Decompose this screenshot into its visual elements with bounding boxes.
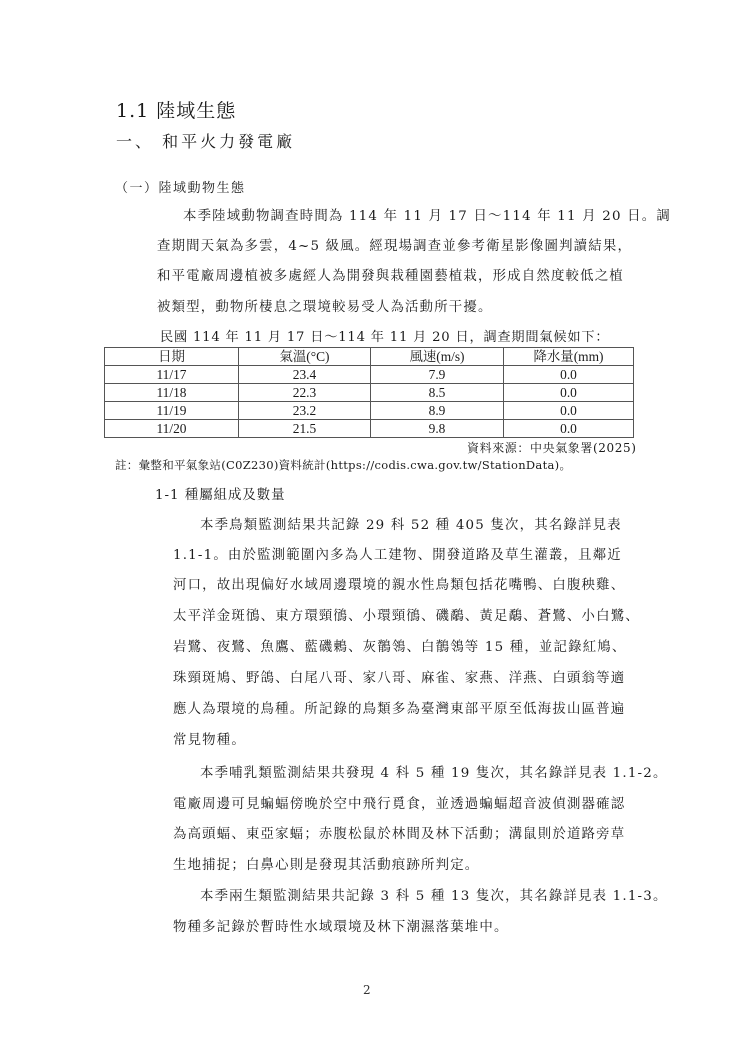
paragraph-line: 本季陸域動物調查時間為 114 年 11 月 17 日～114 年 11 月 2… — [183, 205, 671, 224]
table-row: 11/17 23.4 7.9 0.0 — [105, 366, 634, 384]
subsection-title: 一、 和平火力發電廠 — [116, 129, 295, 152]
paragraph-line: 為高頭蝠、東亞家蝠；赤腹松鼠於林間及林下活動；溝鼠則於道路旁草 — [173, 823, 625, 842]
cell-temperature: 22.3 — [239, 384, 371, 402]
table-row: 11/20 21.5 9.8 0.0 — [105, 420, 634, 438]
paragraph-line: 電廠周邊可見蝙蝠傍晚於空中飛行覓食，並透過蝙蝠超音波偵測器確認 — [173, 793, 625, 812]
page-number: 2 — [363, 983, 371, 997]
paragraph-line: 太平洋金斑鴴、東方環頸鴴、小環頸鴴、磯鷸、黃足鷸、蒼鷺、小白鷺、 — [173, 605, 640, 624]
column-header-date: 日期 — [105, 348, 239, 366]
cell-wind-speed: 8.5 — [371, 384, 504, 402]
cell-precipitation: 0.0 — [504, 402, 634, 420]
cell-temperature: 23.2 — [239, 402, 371, 420]
column-header-precipitation: 降水量(mm) — [504, 348, 634, 366]
column-header-wind-speed: 風速(m/s) — [371, 348, 504, 366]
paragraph-line: 和平電廠周邊植被多處經人為開發與栽種園藝植栽，形成自然度較低之植 — [157, 265, 624, 284]
paragraph-line: 常見物種。 — [173, 729, 246, 748]
cell-wind-speed: 8.9 — [371, 402, 504, 420]
cell-precipitation: 0.0 — [504, 420, 634, 438]
cell-date: 11/18 — [105, 384, 239, 402]
paragraph-line: 查期間天氣為多雲，4~5 級風。經現場調查並參考衛星影像圖判讀結果， — [157, 235, 632, 254]
species-section-title: 1-1 種屬組成及數量 — [155, 484, 286, 503]
paragraph-line: 岩鷺、夜鷺、魚鷹、藍磯鶇、灰鶺鴒、白鶺鴒等 15 種，並記錄紅鳩、 — [173, 636, 626, 655]
paragraph-line: 珠頸斑鳩、野鴿、白尾八哥、家八哥、麻雀、家燕、洋燕、白頭翁等適 — [173, 667, 625, 686]
paragraph-line: 應人為環境的鳥種。所記錄的鳥類多為臺灣東部平原至低海拔山區普遍 — [173, 698, 625, 717]
cell-wind-speed: 7.9 — [371, 366, 504, 384]
section-title: 1.1 陸域生態 — [116, 96, 236, 123]
table-header-row: 日期 氣溫(°C) 風速(m/s) 降水量(mm) — [105, 348, 634, 366]
paragraph-line: 1.1-1。由於監測範圍內多為人工建物、開發道路及草生灌叢，且鄰近 — [173, 544, 622, 563]
subsubsection-title: （一）陸域動物生態 — [115, 177, 246, 196]
cell-precipitation: 0.0 — [504, 384, 634, 402]
table-source: 資料來源：中央氣象署(2025) — [467, 439, 637, 456]
paragraph-line: 生地捕捉；白鼻心則是發現其活動痕跡所判定。 — [173, 854, 479, 873]
cell-date: 11/19 — [105, 402, 239, 420]
cell-date: 11/20 — [105, 420, 239, 438]
paragraph-line: 被類型，動物所棲息之環境較易受人為活動所干擾。 — [157, 296, 493, 315]
table-row: 11/19 23.2 8.9 0.0 — [105, 402, 634, 420]
paragraph-line: 河口，故出現偏好水域周邊環境的親水性鳥類包括花嘴鴨、白腹秧雞、 — [173, 574, 625, 593]
cell-temperature: 21.5 — [239, 420, 371, 438]
paragraph-line: 本季兩生類監測結果共記錄 3 科 5 種 13 隻次，其名錄詳見表 1.1-3。 — [200, 885, 668, 904]
column-header-temperature: 氣溫(°C) — [239, 348, 371, 366]
paragraph-line: 物種多記錄於暫時性水域環境及林下潮濕落葉堆中。 — [173, 916, 509, 935]
cell-precipitation: 0.0 — [504, 366, 634, 384]
cell-wind-speed: 9.8 — [371, 420, 504, 438]
table-note: 註：彙整和平氣象站(C0Z230)資料統計(https://codis.cwa.… — [115, 457, 571, 473]
cell-temperature: 23.4 — [239, 366, 371, 384]
paragraph-line: 本季哺乳類監測結果共發現 4 科 5 種 19 隻次，其名錄詳見表 1.1-2。 — [200, 762, 668, 781]
table-caption: 民國 114 年 11 月 17 日～114 年 11 月 20 日，調查期間氣… — [160, 326, 609, 345]
table-row: 11/18 22.3 8.5 0.0 — [105, 384, 634, 402]
cell-date: 11/17 — [105, 366, 239, 384]
paragraph-line: 本季鳥類監測結果共記錄 29 科 52 種 405 隻次，其名錄詳見表 — [200, 514, 622, 533]
weather-table: 日期 氣溫(°C) 風速(m/s) 降水量(mm) 11/17 23.4 7.9… — [104, 347, 634, 438]
